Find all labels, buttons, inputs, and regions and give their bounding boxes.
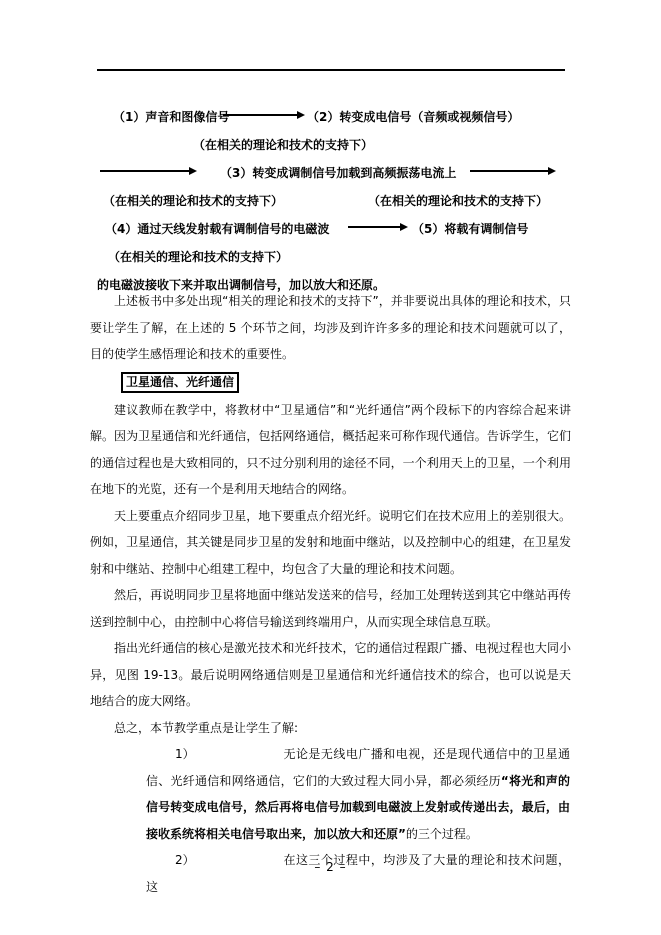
flow-support-2: （在相关的理论和技术的支持下）	[103, 193, 283, 209]
arrow-right-icon	[223, 114, 303, 116]
flow-support-3: （在相关的理论和技术的支持下）	[368, 193, 548, 209]
flow-step-4: （4）通过天线发射载有调制信号的电磁波	[105, 221, 329, 237]
document-body: 上述板书中多处出现“相关的理论和技术的支持下”，并非要说出具体的理论和技术，只要…	[90, 288, 571, 900]
flow-support-4: （在相关的理论和技术的支持下）	[108, 249, 288, 265]
arrow-right-icon	[348, 226, 406, 228]
flow-support-1: （在相关的理论和技术的支持下）	[193, 137, 373, 153]
flowchart: （1）声音和图像信号 （2）转变成电信号（音频或视频信号） （在相关的理论和技术…	[0, 0, 661, 300]
paragraph-teaching-advice: 建议教师在教学中，将教材中“卫星通信”和“光纤通信”两个段标下的内容综合起来讲解…	[90, 397, 571, 503]
document-page: （1）声音和图像信号 （2）转变成电信号（音频或视频信号） （在相关的理论和技术…	[0, 0, 661, 935]
paragraph-fiber-core: 指出光纤通信的核心是激光技术和光纤技术，它的通信过程跟广播、电视过程也大同小异，…	[90, 635, 571, 715]
paragraph-board-note: 上述板书中多处出现“相关的理论和技术的支持下”，并非要说出具体的理论和技术，只要…	[90, 288, 571, 368]
arrow-right-icon	[470, 170, 554, 172]
list-number-1: 1）	[175, 741, 283, 768]
flow-step-1: （1）声音和图像信号	[113, 109, 229, 125]
paragraph-relay-explanation: 然后，再说明同步卫星将地面中继站发送来的信号，经加工处理转送到其它中继站再传送到…	[90, 582, 571, 635]
section-title: 卫星通信、光纤通信	[121, 372, 239, 393]
flow-step-5: （5）将载有调制信号	[412, 221, 528, 237]
paragraph-satellite-intro: 天上要重点介绍同步卫星，地下要重点介绍光纤。说明它们在技术应用上的差别很大。例如…	[90, 503, 571, 583]
page-number: – 2 –	[0, 860, 661, 874]
paragraph-summary-lead: 总之，本节教学重点是让学生了解:	[90, 715, 571, 742]
list-item-1: 1）无论是无线电广播和电视，还是现代通信中的卫星通信、光纤通信和网络通信，它们的…	[146, 741, 570, 847]
list-item-1-tail: 的三个过程。	[406, 827, 478, 841]
arrow-right-icon	[100, 170, 195, 172]
flow-step-2: （2）转变成电信号（音频或视频信号）	[307, 109, 519, 125]
flow-step-3: （3）转变成调制信号加载到高频振荡电流上	[220, 165, 456, 181]
section-title-row: 卫星通信、光纤通信	[90, 370, 571, 394]
